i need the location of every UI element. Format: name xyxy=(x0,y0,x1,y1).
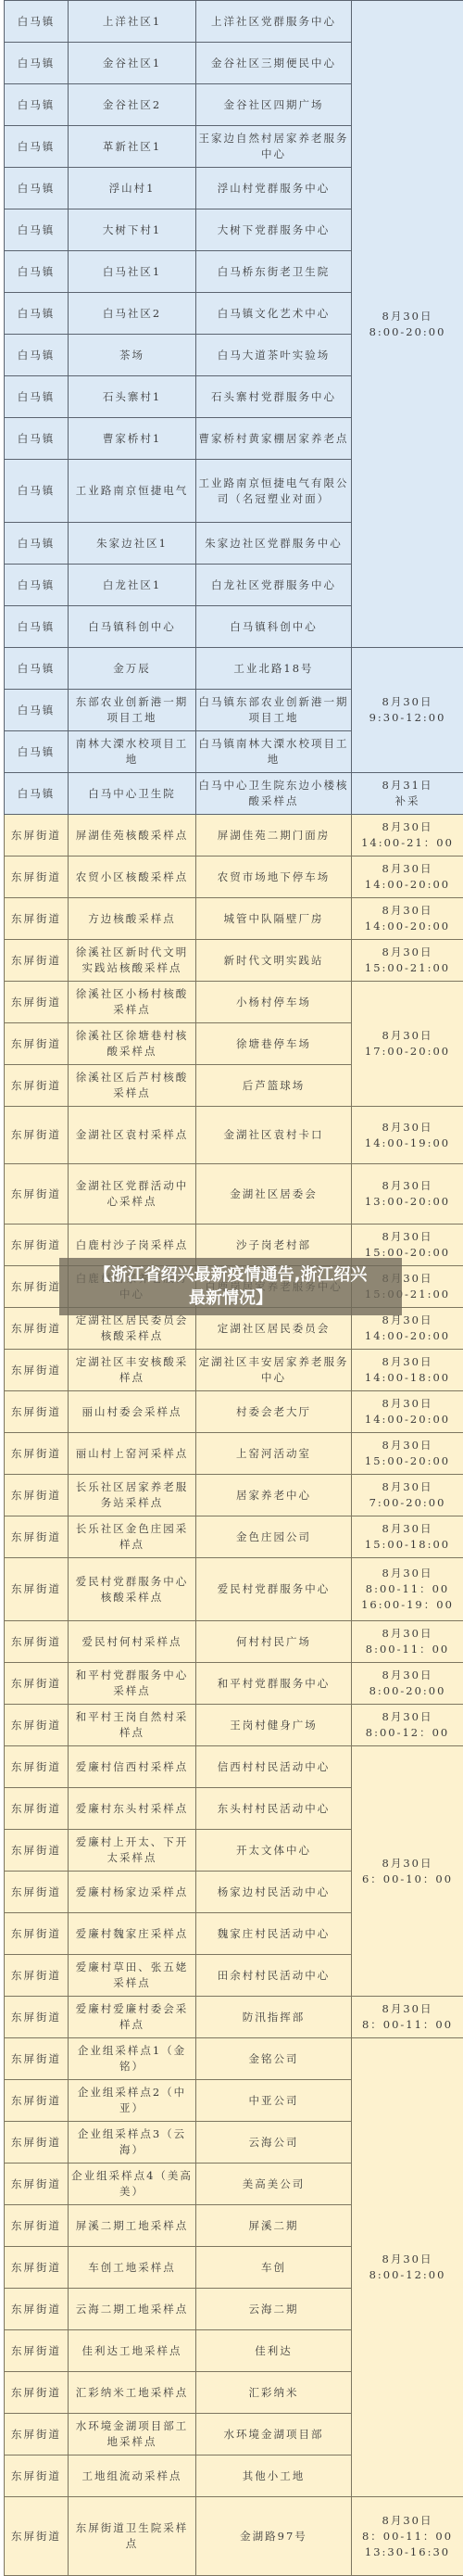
sampling-site-cell: 金湖社区党群活动中心采样点 xyxy=(69,1164,196,1225)
town-cell: 东屏街道 xyxy=(5,1391,69,1433)
location-cell: 和平村党群服务中心 xyxy=(196,1663,352,1705)
town-cell: 白马镇 xyxy=(5,84,69,126)
town-cell: 东屏街道 xyxy=(5,2038,69,2080)
town-cell: 东屏街道 xyxy=(5,1475,69,1516)
time-date: 8月30日 xyxy=(354,1521,461,1537)
time-date: 8月30日 xyxy=(354,1120,461,1136)
sampling-site-cell: 曹家桥村1 xyxy=(69,418,196,460)
time-date: 8月30日 xyxy=(354,819,461,835)
sampling-site-cell: 云海二期工地采样点 xyxy=(69,2289,196,2330)
town-cell: 白马镇 xyxy=(5,648,69,690)
sampling-site-cell: 金谷社区2 xyxy=(69,84,196,126)
sampling-time-cell: 8月30日14:00-19:00 xyxy=(352,1107,463,1164)
sampling-site-cell: 屏湖佳苑核酸采样点 xyxy=(69,815,196,857)
table-row: 东屏街道金湖社区袁村采样点金湖社区袁村卡口8月30日14:00-19:00 xyxy=(5,1107,463,1164)
sampling-site-cell: 上洋社区1 xyxy=(69,1,196,43)
town-cell: 东屏街道 xyxy=(5,1663,69,1705)
location-cell: 佳利达 xyxy=(196,2330,352,2372)
location-cell: 屏溪二期 xyxy=(196,2205,352,2247)
location-cell: 金湖社区居委会 xyxy=(196,1164,352,1225)
sampling-site-cell: 企业组采样点2（中亚） xyxy=(69,2080,196,2122)
location-cell: 水环境金湖项目部 xyxy=(196,2414,352,2455)
sampling-site-cell: 水环境金湖项目部工地采样点 xyxy=(69,2414,196,2455)
town-cell: 白马镇 xyxy=(5,690,69,731)
sampling-site-cell: 白马社区1 xyxy=(69,251,196,293)
town-cell: 东屏街道 xyxy=(5,1955,69,1997)
sampling-site-cell: 农贸小区核酸采样点 xyxy=(69,857,196,898)
time-time: 7:00-20:00 xyxy=(354,1495,461,1511)
location-cell: 工业路南京恒捷电气有限公司（名冠塑业对面） xyxy=(196,460,352,523)
sampling-time-cell: 8月30日15:00-21:00 xyxy=(352,940,463,982)
sampling-site-cell: 爱廉村爱廉村委会采样点 xyxy=(69,1997,196,2038)
time-date: 8月30日 xyxy=(354,945,461,960)
sampling-site-cell: 屏溪二期工地采样点 xyxy=(69,2205,196,2247)
location-cell: 王家边自然村居家养老服务中心 xyxy=(196,126,352,168)
time-time: 14:00-20:00 xyxy=(354,1328,461,1344)
location-cell: 车创 xyxy=(196,2247,352,2289)
town-cell: 东屏街道 xyxy=(5,2289,69,2330)
sampling-time-cell: 8月30日13:00-20:00 xyxy=(352,1164,463,1225)
sampling-site-cell: 工地组流动采样点 xyxy=(69,2455,196,2497)
time-date: 8月30日 xyxy=(354,1438,461,1453)
location-cell: 中亚公司 xyxy=(196,2080,352,2122)
town-cell: 白马镇 xyxy=(5,565,69,606)
table-row: 东屏街道方边核酸采样点城管中队隔壁厂房8月30日14:00-20:00 xyxy=(5,898,463,940)
table-row: 东屏街道爱民村何村采样点何村村民广场8月30日8:00-11：00 xyxy=(5,1621,463,1663)
location-cell: 其他小工地 xyxy=(196,2455,352,2497)
location-cell: 白马镇科创中心 xyxy=(196,606,352,648)
sampling-site-cell: 朱家边社区1 xyxy=(69,523,196,565)
town-cell: 白马镇 xyxy=(5,293,69,335)
town-cell: 东屏街道 xyxy=(5,1516,69,1558)
location-cell: 白马大道茶叶实验场 xyxy=(196,335,352,376)
town-cell: 东屏街道 xyxy=(5,2205,69,2247)
town-cell: 东屏街道 xyxy=(5,1164,69,1225)
time-date: 8月30日 xyxy=(354,694,461,710)
sampling-site-cell: 爱廉村草田、张五姥采样点 xyxy=(69,1955,196,1997)
table-row: 白马镇白马中心卫生院白马中心卫生院东边小楼核酸采样点8月31日补采 xyxy=(5,773,463,815)
sampling-time-cell: 8月30日8:00-11：00 xyxy=(352,1621,463,1663)
banner-line-2: 最新情况】 xyxy=(59,1287,402,1310)
town-cell: 白马镇 xyxy=(5,418,69,460)
time-date: 8月30日 xyxy=(354,2513,461,2529)
sampling-site-cell: 丽山村上窑河采样点 xyxy=(69,1433,196,1475)
sampling-site-cell: 爱廉村信西村采样点 xyxy=(69,1746,196,1788)
town-cell: 白马镇 xyxy=(5,606,69,648)
location-cell: 村委会老大厅 xyxy=(196,1391,352,1433)
sampling-site-cell: 方边核酸采样点 xyxy=(69,898,196,940)
location-cell: 白马镇文化艺术中心 xyxy=(196,293,352,335)
town-cell: 东屏街道 xyxy=(5,2080,69,2122)
location-cell: 白马中心卫生院东边小楼核酸采样点 xyxy=(196,773,352,815)
town-cell: 东屏街道 xyxy=(5,815,69,857)
town-cell: 东屏街道 xyxy=(5,2455,69,2497)
location-cell: 杨家边村民活动中心 xyxy=(196,1872,352,1913)
time-time: 8：00-11：00 xyxy=(354,2529,461,2544)
town-cell: 东屏街道 xyxy=(5,2497,69,2576)
table-row: 东屏街道东屏街道卫生院采样点金湖路97号8月30日8：00-11：0013:30… xyxy=(5,2497,463,2576)
location-cell: 浮山村党群服务中心 xyxy=(196,168,352,209)
time-time2: 13:30-16:30 xyxy=(354,2544,461,2560)
town-cell: 白马镇 xyxy=(5,731,69,773)
town-cell: 东屏街道 xyxy=(5,2372,69,2414)
sampling-site-cell: 金湖社区袁村采样点 xyxy=(69,1107,196,1164)
location-cell: 金谷社区三期便民中心 xyxy=(196,43,352,84)
sampling-time-cell: 8月30日14:00-20:00 xyxy=(352,857,463,898)
town-cell: 东屏街道 xyxy=(5,940,69,982)
time-time: 8：00-11：00 xyxy=(354,2017,461,2033)
location-cell: 汇彩纳米 xyxy=(196,2372,352,2414)
time-time: 15:00-18:00 xyxy=(354,1537,461,1553)
table-row: 东屏街道长乐社区金色庄园采样点金色庄园公司8月30日15:00-18:00 xyxy=(5,1516,463,1558)
town-cell: 东屏街道 xyxy=(5,1023,69,1065)
time-date: 8月31日 xyxy=(354,778,461,793)
location-cell: 东头村村民活动中心 xyxy=(196,1788,352,1830)
sampling-time-cell: 8月30日8：00-11：00 xyxy=(352,1997,463,2038)
time-date: 8月30日 xyxy=(354,1354,461,1370)
article-title-banner: 【浙江省绍兴最新疫情通告,浙江绍兴 最新情况】 xyxy=(59,1258,402,1315)
sampling-site-cell: 徐溪社区新时代文明实践站核酸采样点 xyxy=(69,940,196,982)
time-date: 8月30日 xyxy=(354,861,461,877)
time-time: 补采 xyxy=(354,793,461,809)
sampling-time-cell: 8月30日7:00-20:00 xyxy=(352,1475,463,1516)
location-cell: 徐塘巷停车场 xyxy=(196,1023,352,1065)
sampling-site-cell: 爱廉村杨家边采样点 xyxy=(69,1872,196,1913)
sampling-site-cell: 茶场 xyxy=(69,335,196,376)
sampling-site-cell: 车创工地采样点 xyxy=(69,2247,196,2289)
table-row: 东屏街道长乐社区居家养老服务站采样点居家养老中心8月30日7:00-20:00 xyxy=(5,1475,463,1516)
sampling-site-cell: 金谷社区1 xyxy=(69,43,196,84)
sampling-time-cell: 8月30日8:00-11：0016:00-19：00 xyxy=(352,1558,463,1621)
town-cell: 白马镇 xyxy=(5,335,69,376)
location-cell: 小杨村停车场 xyxy=(196,982,352,1023)
sampling-site-cell: 爱民村党群服务中心核酸采样点 xyxy=(69,1558,196,1621)
table-row: 白马镇金万辰工业北路18号8月30日9:30-12:00 xyxy=(5,648,463,690)
location-cell: 金湖社区袁村卡口 xyxy=(196,1107,352,1164)
town-cell: 东屏街道 xyxy=(5,2330,69,2372)
time-time: 14:00-19:00 xyxy=(354,1136,461,1151)
sampling-site-cell: 浮山村1 xyxy=(69,168,196,209)
time-date: 8月30日 xyxy=(354,1229,461,1245)
table-row: 东屏街道企业组采样点1（金铭）金铭公司8月30日8:00-12:00 xyxy=(5,2038,463,2080)
location-cell: 爱民村党群服务中心 xyxy=(196,1558,352,1621)
town-cell: 东屏街道 xyxy=(5,2414,69,2455)
sampling-site-cell: 丽山村委会采样点 xyxy=(69,1391,196,1433)
town-cell: 东屏街道 xyxy=(5,1107,69,1164)
time-time: 15:00-21:00 xyxy=(354,960,461,976)
table-row: 东屏街道农贸小区核酸采样点农贸市场地下停车场8月30日14:00-20:00 xyxy=(5,857,463,898)
sampling-site-cell: 白龙社区1 xyxy=(69,565,196,606)
time-time: 14:00-20:00 xyxy=(354,877,461,893)
time-date: 8月30日 xyxy=(354,309,461,324)
table-row: 东屏街道和平村党群服务中心采样点和平村党群服务中心8月30日8:00-20:00 xyxy=(5,1663,463,1705)
town-cell: 东屏街道 xyxy=(5,1746,69,1788)
sampling-site-cell: 金万辰 xyxy=(69,648,196,690)
sampling-site-cell: 大树下村1 xyxy=(69,209,196,251)
table-row: 东屏街道爱廉村爱廉村委会采样点防汛指挥部8月30日8：00-11：00 xyxy=(5,1997,463,2038)
table-row: 东屏街道定湖社区丰安核酸采样点定湖社区丰安居家养老服务中心8月30日14:00-… xyxy=(5,1350,463,1391)
town-cell: 东屏街道 xyxy=(5,2247,69,2289)
town-cell: 东屏街道 xyxy=(5,1433,69,1475)
time-time: 8:00-11：00 xyxy=(354,1642,461,1657)
sampling-site-cell: 定湖社区丰安核酸采样点 xyxy=(69,1350,196,1391)
time-time: 9:30-12:00 xyxy=(354,710,461,726)
town-cell: 白马镇 xyxy=(5,1,69,43)
sampling-site-cell: 东部农业创新港一期项目工地 xyxy=(69,690,196,731)
location-cell: 新时代文明实践站 xyxy=(196,940,352,982)
time-time: 14:00-18:00 xyxy=(354,1370,461,1386)
town-cell: 东屏街道 xyxy=(5,1997,69,2038)
time-date: 8月30日 xyxy=(354,1479,461,1495)
time-time: 14:00-20:00 xyxy=(354,1412,461,1428)
location-cell: 朱家边社区党群服务中心 xyxy=(196,523,352,565)
time-date: 8月30日 xyxy=(354,1178,461,1194)
town-cell: 白马镇 xyxy=(5,43,69,84)
sampling-site-cell: 爱民村何村采样点 xyxy=(69,1621,196,1663)
town-cell: 东屏街道 xyxy=(5,1350,69,1391)
town-cell: 东屏街道 xyxy=(5,1065,69,1107)
time-date: 8月30日 xyxy=(354,1566,461,1581)
sampling-site-cell: 长乐社区居家养老服务站采样点 xyxy=(69,1475,196,1516)
location-cell: 白马镇南林大溧水校项目工地 xyxy=(196,731,352,773)
sampling-time-cell: 8月30日6：00-10：00 xyxy=(352,1746,463,1997)
time-time: 8:00-11：00 xyxy=(354,1581,461,1597)
time-time: 8:00-12：00 xyxy=(354,1725,461,1741)
town-cell: 白马镇 xyxy=(5,168,69,209)
sampling-time-cell: 8月30日17:00-20:00 xyxy=(352,982,463,1107)
sampling-site-cell: 南林大溧水校项目工地 xyxy=(69,731,196,773)
time-date: 8月30日 xyxy=(354,2252,461,2267)
time-date: 8月30日 xyxy=(354,1856,461,1872)
sampling-time-cell: 8月30日9:30-12:00 xyxy=(352,648,463,773)
sampling-time-cell: 8月30日14:00-20:00 xyxy=(352,1391,463,1433)
location-cell: 美高美公司 xyxy=(196,2164,352,2205)
location-cell: 居家养老中心 xyxy=(196,1475,352,1516)
sampling-site-cell: 石头寨村1 xyxy=(69,376,196,418)
sampling-site-cell: 企业组采样点3（云海） xyxy=(69,2122,196,2164)
location-cell: 白马镇东部农业创新港一期项目工地 xyxy=(196,690,352,731)
sampling-site-cell: 爱廉村魏家庄采样点 xyxy=(69,1913,196,1955)
sampling-time-cell: 8月30日8:00-12：00 xyxy=(352,1705,463,1746)
location-cell: 白龙社区党群服务中心 xyxy=(196,565,352,606)
sampling-site-cell: 革新社区1 xyxy=(69,126,196,168)
location-cell: 金色庄园公司 xyxy=(196,1516,352,1558)
town-cell: 白马镇 xyxy=(5,251,69,293)
time-time: 8:00-20:00 xyxy=(354,324,461,340)
town-cell: 东屏街道 xyxy=(5,2164,69,2205)
location-cell: 金湖路97号 xyxy=(196,2497,352,2576)
location-cell: 大树下党群服务中心 xyxy=(196,209,352,251)
sampling-time-cell: 8月31日补采 xyxy=(352,773,463,815)
table-row: 白马镇上洋社区1上洋社区党群服务中心8月30日8:00-20:00 xyxy=(5,1,463,43)
location-cell: 信西村村民活动中心 xyxy=(196,1746,352,1788)
sampling-time-cell: 8月30日15:00-20:00 xyxy=(352,1433,463,1475)
sampling-site-cell: 长乐社区金色庄园采样点 xyxy=(69,1516,196,1558)
location-cell: 何村村民广场 xyxy=(196,1621,352,1663)
location-cell: 曹家桥村黄家棚居家养老点 xyxy=(196,418,352,460)
location-cell: 开太文体中心 xyxy=(196,1830,352,1872)
location-cell: 上洋社区党群服务中心 xyxy=(196,1,352,43)
location-cell: 石头寨村党群服务中心 xyxy=(196,376,352,418)
time-time: 15:00-20:00 xyxy=(354,1453,461,1469)
location-cell: 防汛指挥部 xyxy=(196,1997,352,2038)
table-row: 东屏街道丽山村委会采样点村委会老大厅8月30日14:00-20:00 xyxy=(5,1391,463,1433)
time-date: 8月30日 xyxy=(354,1668,461,1683)
town-cell: 东屏街道 xyxy=(5,1705,69,1746)
sampling-site-cell: 和平村王岗自然村采样点 xyxy=(69,1705,196,1746)
location-cell: 工业北路18号 xyxy=(196,648,352,690)
location-cell: 金谷社区四期广场 xyxy=(196,84,352,126)
time-time: 17:00-20:00 xyxy=(354,1044,461,1060)
sampling-site-cell: 徐溪社区徐塘巷村核酸采样点 xyxy=(69,1023,196,1065)
sampling-site-cell: 和平村党群服务中心采样点 xyxy=(69,1663,196,1705)
sampling-site-cell: 爱廉村东头村采样点 xyxy=(69,1788,196,1830)
location-cell: 白马桥东街老卫生院 xyxy=(196,251,352,293)
time-date: 8月30日 xyxy=(354,1396,461,1412)
time-time2: 16:00-19：00 xyxy=(354,1597,461,1613)
location-cell: 城管中队隔壁厂房 xyxy=(196,898,352,940)
location-cell: 屏湖佳苑二期门面房 xyxy=(196,815,352,857)
time-time: 6：00-10：00 xyxy=(354,1872,461,1887)
location-cell: 田余村村民活动中心 xyxy=(196,1955,352,1997)
time-time: 8:00-20:00 xyxy=(354,1683,461,1699)
sampling-site-cell: 白马镇科创中心 xyxy=(69,606,196,648)
town-cell: 东屏街道 xyxy=(5,2122,69,2164)
town-cell: 白马镇 xyxy=(5,126,69,168)
sampling-time-cell: 8月30日15:00-18:00 xyxy=(352,1516,463,1558)
time-date: 8月30日 xyxy=(354,903,461,919)
table-row: 东屏街道屏湖佳苑核酸采样点屏湖佳苑二期门面房8月30日14:00-21：00 xyxy=(5,815,463,857)
sampling-site-cell: 企业组采样点4（美高美） xyxy=(69,2164,196,2205)
sampling-site-cell: 东屏街道卫生院采样点 xyxy=(69,2497,196,2576)
sampling-time-cell: 8月30日14:00-21：00 xyxy=(352,815,463,857)
sampling-site-cell: 企业组采样点1（金铭） xyxy=(69,2038,196,2080)
sampling-time-cell: 8月30日14:00-18:00 xyxy=(352,1350,463,1391)
table-row: 东屏街道和平村王岗自然村采样点王岗村健身广场8月30日8:00-12：00 xyxy=(5,1705,463,1746)
sampling-site-cell: 徐溪社区小杨村核酸采样点 xyxy=(69,982,196,1023)
table-row: 东屏街道徐溪社区新时代文明实践站核酸采样点新时代文明实践站8月30日15:00-… xyxy=(5,940,463,982)
time-date: 8月30日 xyxy=(354,1709,461,1725)
location-cell: 上窑河活动室 xyxy=(196,1433,352,1475)
town-cell: 东屏街道 xyxy=(5,1558,69,1621)
town-cell: 东屏街道 xyxy=(5,982,69,1023)
town-cell: 东屏街道 xyxy=(5,1788,69,1830)
sampling-site-cell: 工业路南京恒捷电气 xyxy=(69,460,196,523)
time-time: 14:00-21：00 xyxy=(354,835,461,851)
town-cell: 白马镇 xyxy=(5,460,69,523)
town-cell: 白马镇 xyxy=(5,523,69,565)
table-row: 东屏街道爱民村党群服务中心核酸采样点爱民村党群服务中心8月30日8:00-11：… xyxy=(5,1558,463,1621)
town-cell: 白马镇 xyxy=(5,376,69,418)
time-date: 8月30日 xyxy=(354,1028,461,1044)
location-cell: 后芦篮球场 xyxy=(196,1065,352,1107)
sampling-time-cell: 8月30日8:00-12:00 xyxy=(352,2038,463,2497)
town-cell: 东屏街道 xyxy=(5,1621,69,1663)
sampling-time-cell: 8月30日8:00-20:00 xyxy=(352,1,463,648)
town-cell: 东屏街道 xyxy=(5,857,69,898)
table-row: 东屏街道徐溪社区小杨村核酸采样点小杨村停车场8月30日17:00-20:00 xyxy=(5,982,463,1023)
location-cell: 魏家庄村民活动中心 xyxy=(196,1913,352,1955)
sampling-time-cell: 8月30日14:00-20:00 xyxy=(352,898,463,940)
sampling-time-cell: 8月30日8:00-20:00 xyxy=(352,1663,463,1705)
location-cell: 王岗村健身广场 xyxy=(196,1705,352,1746)
town-cell: 东屏街道 xyxy=(5,1913,69,1955)
time-date: 8月30日 xyxy=(354,2001,461,2017)
location-cell: 农贸市场地下停车场 xyxy=(196,857,352,898)
sampling-site-cell: 白马中心卫生院 xyxy=(69,773,196,815)
sampling-site-cell: 佳利达工地采样点 xyxy=(69,2330,196,2372)
sampling-site-cell: 爱廉村上开太、下开太采样点 xyxy=(69,1830,196,1872)
town-cell: 东屏街道 xyxy=(5,898,69,940)
time-time: 13:00-20:00 xyxy=(354,1194,461,1210)
town-cell: 东屏街道 xyxy=(5,1872,69,1913)
time-time: 8:00-12:00 xyxy=(354,2267,461,2283)
sampling-site-cell: 白马社区2 xyxy=(69,293,196,335)
location-cell: 云海二期 xyxy=(196,2289,352,2330)
table-row: 东屏街道金湖社区党群活动中心采样点金湖社区居委会8月30日13:00-20:00 xyxy=(5,1164,463,1225)
banner-line-1: 【浙江省绍兴最新疫情通告,浙江绍兴 xyxy=(59,1263,402,1287)
location-cell: 云海公司 xyxy=(196,2122,352,2164)
town-cell: 东屏街道 xyxy=(5,1830,69,1872)
sampling-site-cell: 徐溪社区后芦村核酸采样点 xyxy=(69,1065,196,1107)
location-cell: 定湖社区丰安居家养老服务中心 xyxy=(196,1350,352,1391)
time-date: 8月30日 xyxy=(354,1626,461,1642)
location-cell: 金铭公司 xyxy=(196,2038,352,2080)
sampling-site-cell: 汇彩纳米工地采样点 xyxy=(69,2372,196,2414)
town-cell: 白马镇 xyxy=(5,209,69,251)
time-time: 14:00-20:00 xyxy=(354,919,461,934)
table-row: 东屏街道爱廉村信西村采样点信西村村民活动中心8月30日6：00-10：00 xyxy=(5,1746,463,1788)
town-cell: 白马镇 xyxy=(5,773,69,815)
sampling-time-cell: 8月30日8：00-11：0013:30-16:30 xyxy=(352,2497,463,2576)
table-row: 东屏街道丽山村上窑河采样点上窑河活动室8月30日15:00-20:00 xyxy=(5,1433,463,1475)
